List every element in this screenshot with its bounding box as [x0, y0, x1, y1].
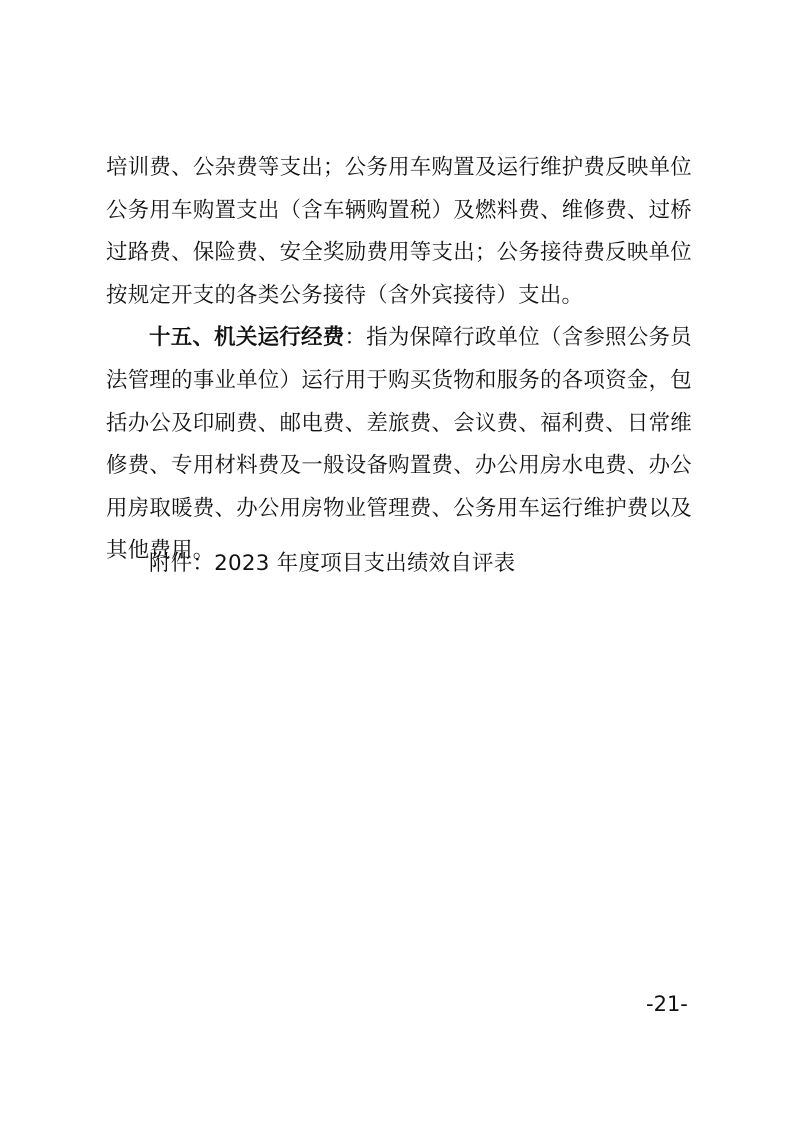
paragraph-text: ：指为保障行政单位（含参照公务员法管理的事业单位）运行用于购买货物和服务的各项资… — [106, 325, 692, 563]
paragraph-text: 培训费、公杂费等支出；公务用车购置及运行维护费反映单位公务用车购置支出（含车辆购… — [106, 155, 692, 308]
document-body: 培训费、公杂费等支出；公务用车购置及运行维护费反映单位公务用车购置支出（含车辆购… — [106, 147, 692, 573]
document-page: 培训费、公杂费等支出；公务用车购置及运行维护费反映单位公务用车购置支出（含车辆购… — [0, 0, 793, 1121]
item-heading: 十五、机关运行经费 — [149, 325, 345, 350]
page-number: -21- — [646, 990, 688, 1018]
paragraph-item-15: 十五、机关运行经费：指为保障行政单位（含参照公务员法管理的事业单位）运行用于购买… — [106, 317, 692, 573]
attachment-note: 附件：2023 年度项目支出绩效自评表 — [149, 548, 515, 580]
paragraph-continuation: 培训费、公杂费等支出；公务用车购置及运行维护费反映单位公务用车购置支出（含车辆购… — [106, 147, 692, 317]
